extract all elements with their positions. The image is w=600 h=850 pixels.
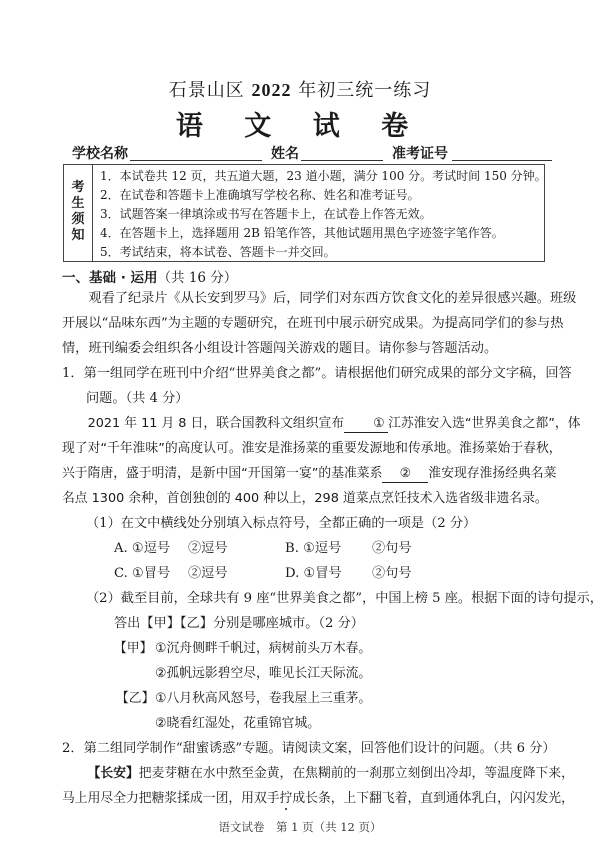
option-letter: B. <box>285 541 299 556</box>
section-1-title: 一、基础 · 运用 <box>62 270 158 286</box>
question-2-stem: 2．第二组同学制作“甜蜜诱惑”专题。请阅读文案，回答他们设计的问题。（共 6 分… <box>62 736 556 761</box>
question-1-stem: 1．第一组同学在班刊中介绍“世界美食之都”。请根据他们研究成果的部分文字稿，回答 <box>62 361 572 386</box>
notice-side-char: 知 <box>64 228 92 244</box>
passage-text: 2021 年 11 月 8 日，联合国教科文组织宣布 <box>88 416 345 431</box>
school-name-field[interactable] <box>130 160 262 161</box>
option-letter: A. <box>114 541 128 556</box>
option-d[interactable]: D. ①冒号 <box>285 561 342 586</box>
passage-text: 兴于隋唐，盛于明清，是新中国“开国第一宴”的基准菜系 <box>62 466 382 481</box>
q1-passage-line: 2021 年 11 月 8 日，联合国教科文组织宣布①江苏淮安入选“世界美食之都… <box>62 411 581 436</box>
notice-side-char: 须 <box>64 212 92 228</box>
option-d-second: ②句号 <box>372 561 412 586</box>
poem-yi-line-2: ②晓看红湿处，花重锦官城。 <box>155 711 320 736</box>
section-1-score: （共 16 分） <box>158 270 238 286</box>
section-intro-line: 观看了纪录片《从长安到罗马》后，同学们对东西方饮食文化的差异很感兴趣。班级 <box>62 286 576 311</box>
notice-item: 3．试题答案一律填涂或书写在答题卡上，在试卷上作答无效。 <box>100 205 547 224</box>
option-part: ①冒号 <box>304 566 342 581</box>
option-part: ①冒号 <box>132 566 170 581</box>
passage-text: 江苏淮安入选“世界美食之都”，体 <box>388 416 580 431</box>
section-1-heading: 一、基础 · 运用（共 16 分） <box>62 266 237 286</box>
page-footer: 语文试卷 第 1 页（共 12 页） <box>0 819 600 835</box>
exam-page: 石景山区 2022 年初三统一练习 语 文 试 卷 学校名称 姓名 准考证号 考… <box>0 0 600 850</box>
passage-text: 把麦芽糖在水中熬至金黄，在焦糊前的一刹那立刻倒出冷却，等温度降下来， <box>139 766 574 781</box>
option-part: ①逗号 <box>132 541 170 556</box>
option-c-second: ②逗号 <box>188 561 228 586</box>
option-letter: C. <box>114 566 128 581</box>
option-a[interactable]: A. ①逗号 <box>114 536 170 561</box>
passage-text: 成长条，上下翻飞着，直到通体乳白，闪闪发光， <box>292 791 574 806</box>
q1-sub2-stem: （2）截至目前，全球共有 9 座“世界美食之都”，中国上榜 5 座。根据下面的诗… <box>86 586 600 611</box>
q1-sub2-stem-cont: 答出【甲】【乙】分别是哪座城市。（2 分） <box>114 611 364 636</box>
poem-jia-label: 【甲】 <box>114 636 152 661</box>
poem-yi-line-1: ①八月秋高风怒号，卷我屋上三重茅。 <box>155 686 371 711</box>
option-c[interactable]: C. ①冒号 <box>114 561 170 586</box>
passage-label-changan: 【长安】 <box>88 766 139 781</box>
q2-passage-line: 马上用尽全力把糖浆揉成一团，用双手拧成长条，上下翻飞着，直到通体乳白，闪闪发光， <box>62 786 574 811</box>
option-part: ①逗号 <box>303 541 341 556</box>
notice-item: 4．在答题卡上，选择题用 2B 铅笔作答，其他试题用黑色字迹签字笔作答。 <box>100 224 547 243</box>
notice-side-char: 生 <box>64 196 92 212</box>
passage-text: 淮安现存淮扬经典名菜 <box>428 466 556 481</box>
blank-2: ② <box>382 466 428 483</box>
subtitle-year: 2022 <box>252 80 292 100</box>
option-b-second: ②句号 <box>372 536 412 561</box>
notice-side-char: 考 <box>64 180 92 196</box>
section-intro-line: 情，班刊编委会组织各小组设计答题闯关游戏的题目。请你参与答题活动。 <box>62 336 497 361</box>
subtitle-district: 石景山区 <box>169 80 245 101</box>
notice-side-label: 考 生 须 知 <box>64 165 93 261</box>
section-intro-line: 开展以“品味东西”为主题的专题研究，在班刊中展示研究成果。为提高同学们的参与热 <box>62 311 563 336</box>
exam-notice-box: 考 生 须 知 1．本试卷共 12 页，共五道大题，23 道小题，满分 100 … <box>63 164 545 262</box>
poem-jia-line-2: ②孤帆远影碧空尽，唯见长江天际流。 <box>155 661 371 686</box>
option-letter: D. <box>285 566 299 581</box>
notice-list: 1．本试卷共 12 页，共五道大题，23 道小题，满分 100 分。考试时间 1… <box>100 167 547 262</box>
q1-passage-line: 兴于隋唐，盛于明清，是新中国“开国第一宴”的基准菜系②淮安现存淮扬经典名菜 <box>62 461 556 486</box>
school-name-label: 学校名称 <box>72 143 128 163</box>
notice-item: 1．本试卷共 12 页，共五道大题，23 道小题，满分 100 分。考试时间 1… <box>100 167 547 186</box>
notice-item: 5．考试结束，将本试卷、答题卡一并交回。 <box>100 243 547 262</box>
notice-item: 2．在试卷和答题卡上准确填写学校名称、姓名和准考证号。 <box>100 186 547 205</box>
option-a-second: ②逗号 <box>188 536 228 561</box>
exam-subtitle: 石景山区 2022 年初三统一练习 <box>0 76 600 102</box>
student-name-label: 姓名 <box>271 143 299 163</box>
question-1-stem-cont: 问题。（共 4 分） <box>86 386 189 411</box>
q1-passage-line: 名点 1300 余种，首创独创的 400 种以上，298 道菜点烹饪技术入选省级… <box>62 486 548 511</box>
option-b[interactable]: B. ①逗号 <box>285 536 341 561</box>
exam-title: 语 文 试 卷 <box>0 104 600 143</box>
poem-jia-line-1: ①沉舟侧畔千帆过，病树前头万木春。 <box>155 636 371 661</box>
q1-sub1-stem: （1）在文中横线处分别填入标点符号，全都正确的一项是（2 分） <box>86 511 476 536</box>
blank-1: ① <box>344 416 388 433</box>
q2-passage-line: 【长安】把麦芽糖在水中熬至金黄，在焦糊前的一刹那立刻倒出冷却，等温度降下来， <box>62 761 574 786</box>
student-name-field[interactable] <box>301 160 383 161</box>
poem-yi-label: 【乙】 <box>116 686 154 711</box>
exam-id-field[interactable] <box>452 160 552 161</box>
exam-id-label: 准考证号 <box>392 143 448 163</box>
passage-text: 马上用尽全力把糖浆揉成一团，用双手 <box>62 791 280 806</box>
student-info-row: 学校名称 姓名 准考证号 <box>72 143 552 165</box>
emphasized-char: 拧 <box>280 791 293 806</box>
q1-passage-line: 现了对“千年淮味”的高度认可。淮安是淮扬菜的重要发源地和传承地。淮扬菜始于春秋， <box>62 436 562 461</box>
subtitle-exam-name: 年初三统一练习 <box>298 80 431 101</box>
